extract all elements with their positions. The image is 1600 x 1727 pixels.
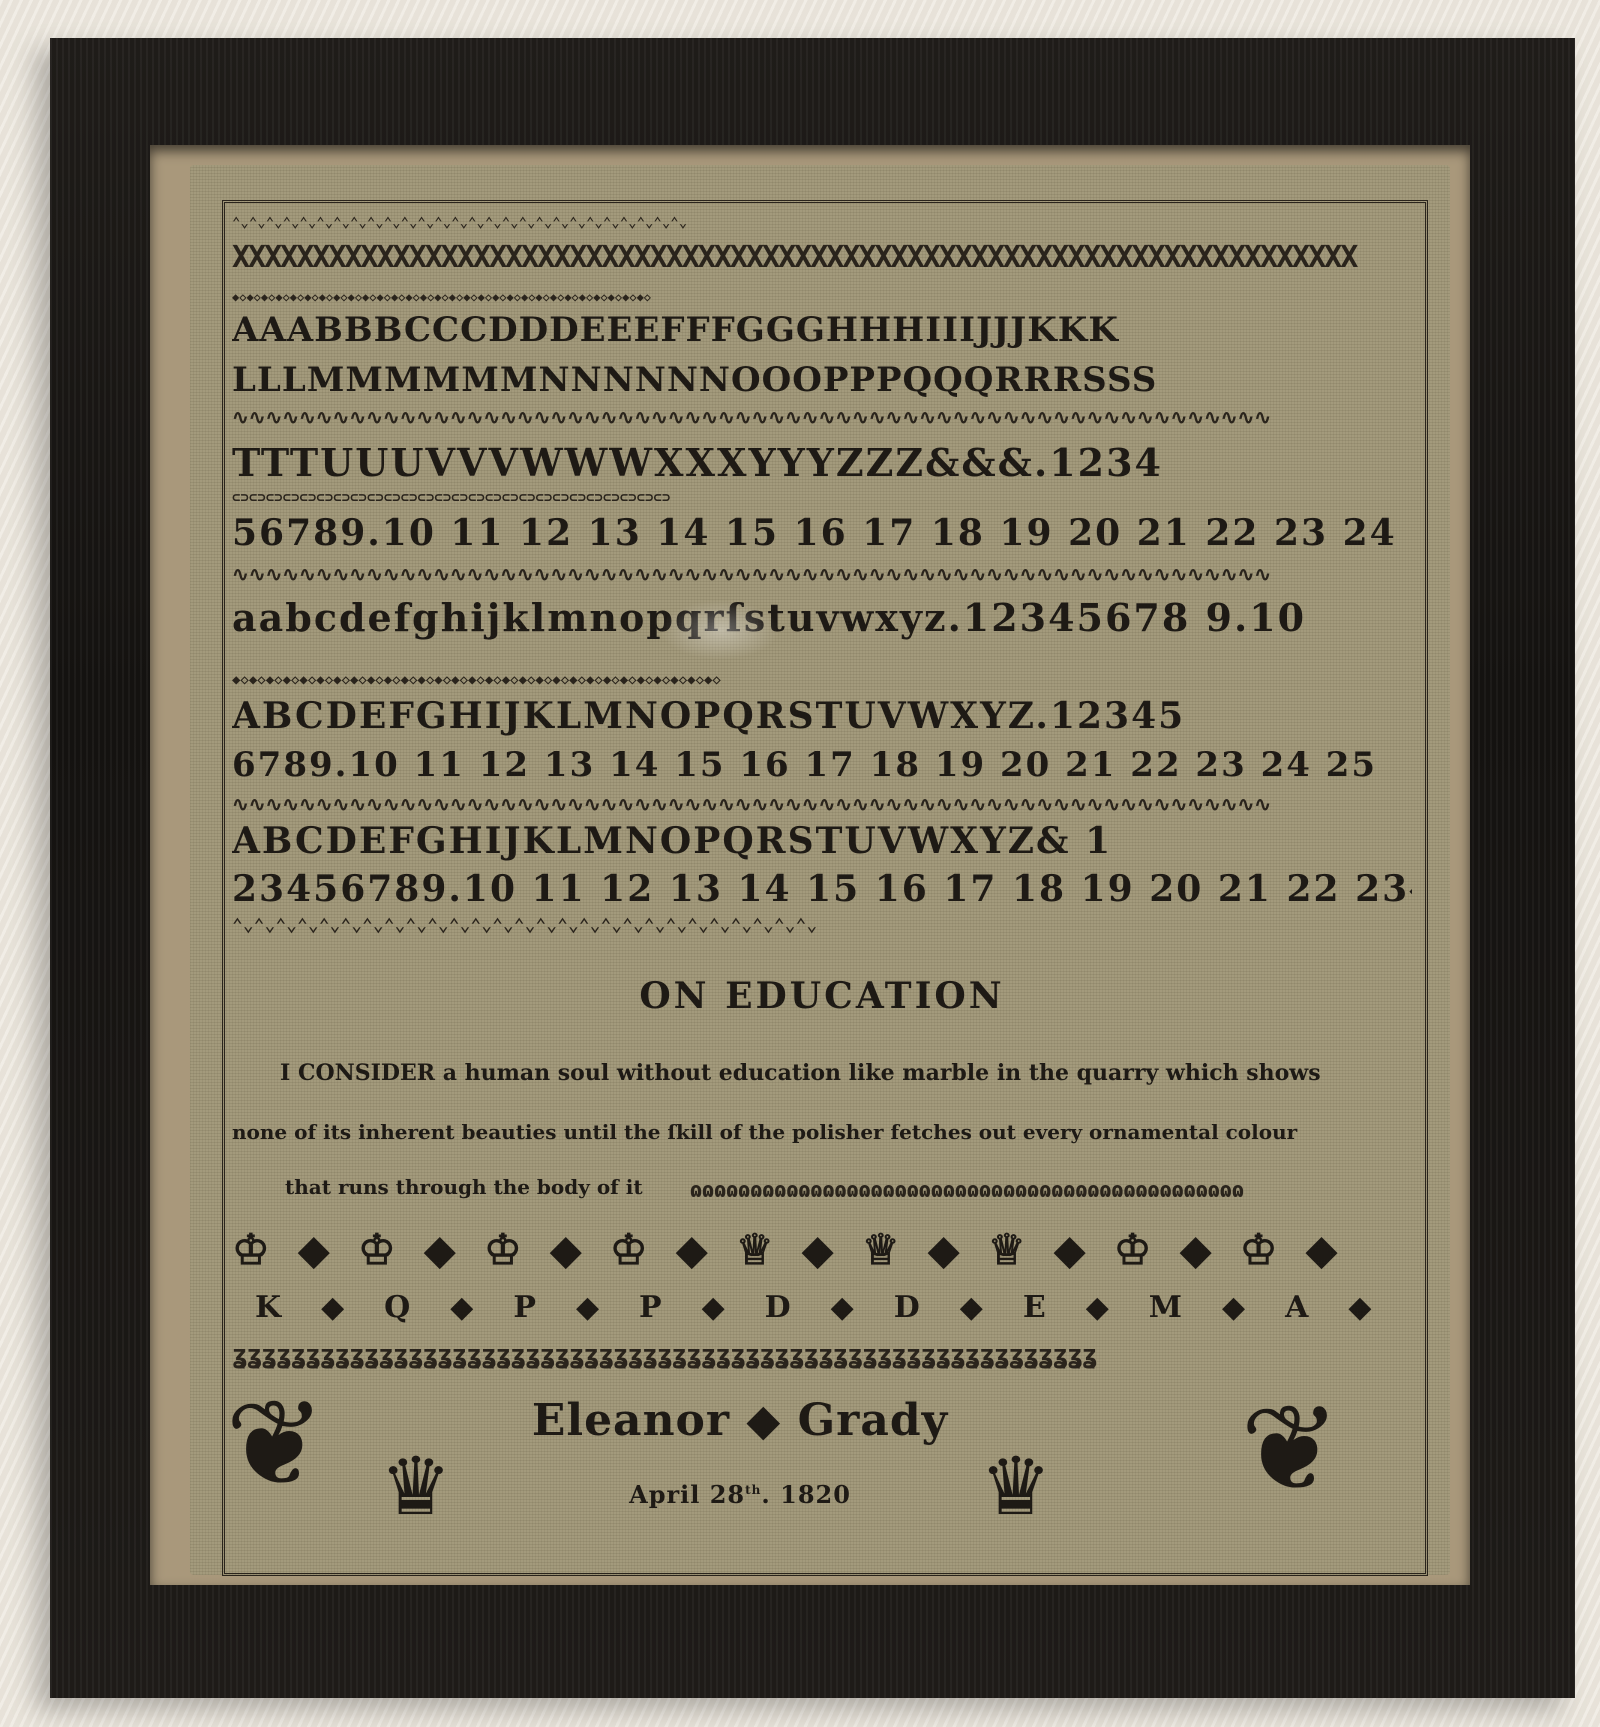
crown-icon: ♔ <box>232 1225 298 1274</box>
crown-icon: ♕ <box>862 1225 928 1274</box>
crown-icon: ♔ <box>358 1225 424 1274</box>
border-band-greek-key: ʓʓʓʓʓʓʓʓʓʓʓʓʓʓʓʓʓʓʓʓʓʓʓʓʓʓʓʓʓʓʓʓʓʓʓʓʓʓʓʓ… <box>232 1340 1412 1370</box>
sampler-row-9: 23456789.10 11 12 13 14 15 16 17 18 19 2… <box>232 868 1412 910</box>
basket-motif-left-icon: ♛ <box>380 1440 452 1533</box>
signature-name: Eleanor ◆ Grady <box>500 1395 980 1446</box>
initial: E <box>1023 1290 1086 1325</box>
border-band-wave-3: ∿∿∿∿∿∿∿∿∿∿∿∿∿∿∿∿∿∿∿∿∿∿∿∿∿∿∿∿∿∿∿∿∿∿∿∿∿∿∿∿… <box>232 792 1412 816</box>
diamond-icon: ◆ <box>928 1225 988 1274</box>
border-band-x: XXXXXXXXXXXXXXXXXXXXXXXXXXXXXXXXXXXXXXXX… <box>232 240 1412 275</box>
date-year: 1820 <box>780 1480 851 1509</box>
tree-motif-left-icon: ❦ <box>225 1375 326 1514</box>
diamond-icon: ◆ <box>702 1290 765 1325</box>
diamond-icon: ◆ <box>298 1225 358 1274</box>
diamond-icon: ◆ <box>550 1225 610 1274</box>
initial: P <box>513 1290 576 1325</box>
date-month: April <box>629 1480 700 1509</box>
diamond-icon: ◆ <box>1179 1225 1239 1274</box>
sampler-row-1: AAABBBCCCDDDEEEFFFGGGHHHIIIJJJKKK <box>232 310 1412 350</box>
initial: M <box>1149 1290 1222 1325</box>
diamond-icon: ◆ <box>960 1290 1023 1325</box>
crown-motif-row: ♔◆♔◆♔◆♔◆♕◆♕◆♕◆♔◆♔◆ <box>232 1225 1412 1274</box>
diamond-icon: ◆ <box>1053 1225 1113 1274</box>
diamond-icon: ◆ <box>802 1225 862 1274</box>
sampler-row-2: LLLMMMMMMNNNNNNOOOPPPQQQRRRSSS <box>232 360 1412 400</box>
initial: D <box>765 1290 831 1325</box>
initials-row: K◆Q◆P◆P◆D◆D◆E◆M◆A◆ <box>255 1290 1435 1325</box>
border-band-top: ⌃⌄⌃⌄⌃⌄⌃⌄⌃⌄⌃⌄⌃⌄⌃⌄⌃⌄⌃⌄⌃⌄⌃⌄⌃⌄⌃⌄⌃⌄⌃⌄⌃⌄⌃⌄⌃⌄⌃⌄… <box>232 215 1412 231</box>
sampler-row-4: 56789.10 11 12 13 14 15 16 17 18 19 20 2… <box>232 512 1412 554</box>
initial: K <box>255 1290 321 1325</box>
crown-icon: ♔ <box>610 1225 676 1274</box>
date-day: 28 <box>710 1480 745 1509</box>
initial: P <box>639 1290 702 1325</box>
crown-icon: ♔ <box>1240 1225 1306 1274</box>
diamond-icon: ◆ <box>1086 1290 1149 1325</box>
verse-line-3: that runs through the body of it <box>285 1175 685 1199</box>
crown-icon: ♕ <box>736 1225 802 1274</box>
verse-line-1: I CONSIDER a human soul without educatio… <box>280 1060 1460 1086</box>
border-band-scroll: ɷɷɷɷɷɷɷɷɷɷɷɷɷɷɷɷɷɷɷɷɷɷɷɷɷɷɷɷɷɷɷɷɷɷɷɷɷɷɷɷ… <box>690 1178 1400 1202</box>
border-band-zigzag: ⌃⌄⌃⌄⌃⌄⌃⌄⌃⌄⌃⌄⌃⌄⌃⌄⌃⌄⌃⌄⌃⌄⌃⌄⌃⌄⌃⌄⌃⌄⌃⌄⌃⌄⌃⌄⌃⌄⌃⌄… <box>232 915 1412 936</box>
crown-icon: ♔ <box>1114 1225 1180 1274</box>
diamond-icon: ◆ <box>1305 1225 1365 1274</box>
diamond-icon: ◆ <box>321 1290 384 1325</box>
border-band-diamond-2: ◆◇◆◇◆◇◆◇◆◇◆◇◆◇◆◇◆◇◆◇◆◇◆◇◆◇◆◇◆◇◆◇◆◇◆◇◆◇◆◇… <box>232 672 1412 688</box>
initial: A <box>1285 1290 1348 1325</box>
basket-motif-right-icon: ♛ <box>980 1440 1052 1533</box>
initial: Q <box>384 1290 450 1325</box>
diamond-icon: ◆ <box>831 1290 894 1325</box>
sampler-row-8: ABCDEFGHIJKLMNOPQRSTUVWXYZ& 1 <box>232 820 1412 862</box>
diamond-icon: ◆ <box>676 1225 736 1274</box>
verse-line-2: none of its inherent beauties until the … <box>232 1120 1412 1144</box>
border-band-diamond-1: ◆◇◆◇◆◇◆◇◆◇◆◇◆◇◆◇◆◇◆◇◆◇◆◇◆◇◆◇◆◇◆◇◆◇◆◇◆◇◆◇… <box>232 290 1412 304</box>
crown-icon: ♔ <box>484 1225 550 1274</box>
sampler-row-7: 6789.10 11 12 13 14 15 16 17 18 19 20 21… <box>232 745 1412 785</box>
diamond-icon: ◆ <box>576 1290 639 1325</box>
initial: D <box>894 1290 960 1325</box>
border-band-wave-2: ∿∿∿∿∿∿∿∿∿∿∿∿∿∿∿∿∿∿∿∿∿∿∿∿∿∿∿∿∿∿∿∿∿∿∿∿∿∿∿∿… <box>232 562 1412 586</box>
signature-date: April 28th. 1820 <box>560 1480 920 1509</box>
sampler-row-5: aabcdefghijklmnopqrſstuvwxyz.12345678 9.… <box>232 595 1412 640</box>
diamond-icon: ◆ <box>1348 1290 1411 1325</box>
glass-reflection <box>660 600 780 660</box>
diamond-icon: ◆ <box>450 1290 513 1325</box>
sampler-row-3: TTTUUUVVVWWWXXXYYYZZZ&&&.1234 <box>232 440 1412 485</box>
date-suffix: th <box>745 1483 761 1497</box>
border-band-chain: ⊂⊃⊂⊃⊂⊃⊂⊃⊂⊃⊂⊃⊂⊃⊂⊃⊂⊃⊂⊃⊂⊃⊂⊃⊂⊃⊂⊃⊂⊃⊂⊃⊂⊃⊂⊃⊂⊃⊂⊃… <box>232 490 1412 506</box>
diamond-icon: ◆ <box>424 1225 484 1274</box>
crown-icon: ♕ <box>988 1225 1054 1274</box>
border-band-wave-1: ∿∿∿∿∿∿∿∿∿∿∿∿∿∿∿∿∿∿∿∿∿∿∿∿∿∿∿∿∿∿∿∿∿∿∿∿∿∿∿∿… <box>232 405 1412 429</box>
tree-motif-right-icon: ❦ <box>1240 1380 1341 1519</box>
sampler-row-6: ABCDEFGHIJKLMNOPQRSTUVWXYZ.12345 <box>232 695 1412 737</box>
verse-title: ON EDUCATION <box>232 975 1412 1017</box>
diamond-icon: ◆ <box>1222 1290 1285 1325</box>
